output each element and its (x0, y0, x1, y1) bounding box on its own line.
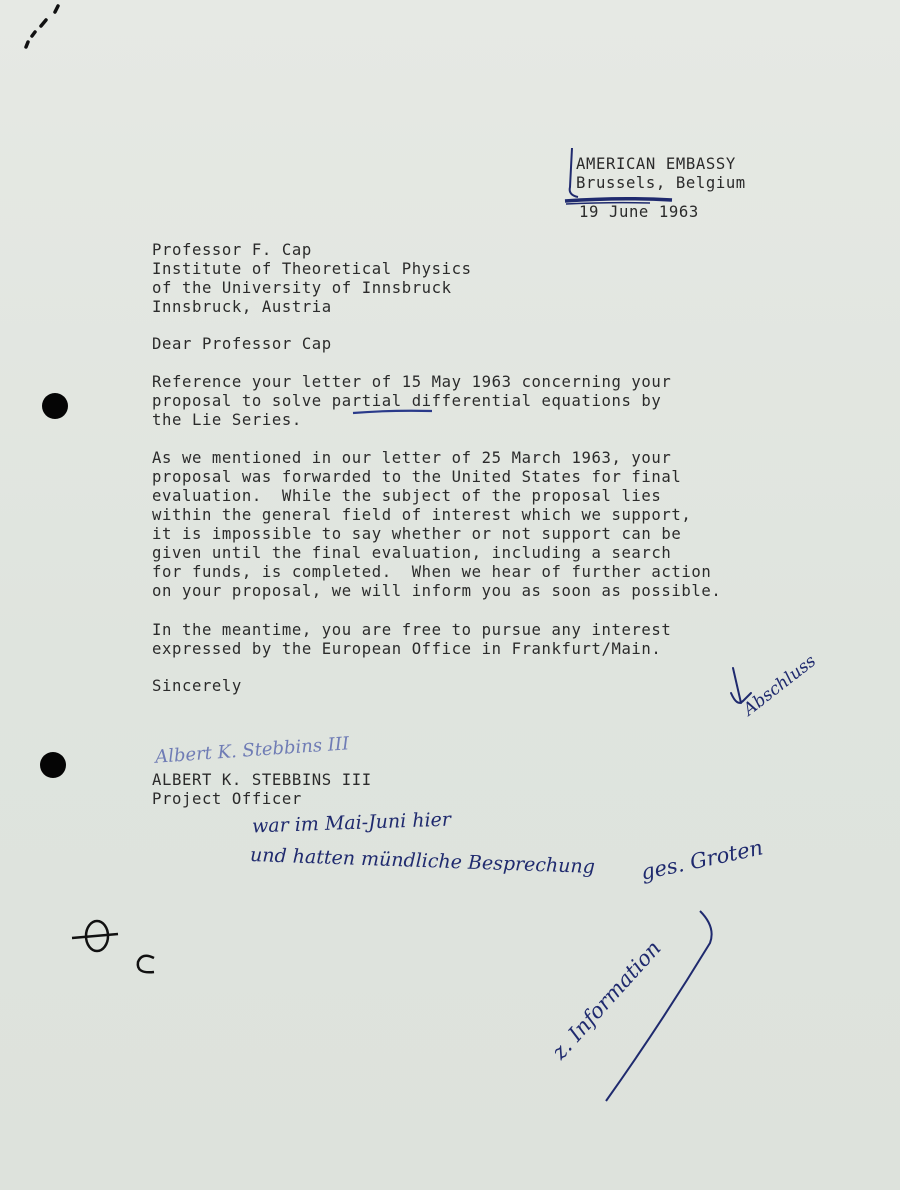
closing: Sincerely (152, 677, 242, 696)
paragraph-line: proposal was forwarded to the United Sta… (152, 468, 681, 487)
paragraph-line: Reference your letter of 15 May 1963 con… (152, 373, 671, 392)
filing-bracket-mark (600, 905, 730, 1105)
paragraph-line: As we mentioned in our letter of 25 Marc… (152, 449, 671, 468)
signer-title: Project Officer (152, 790, 302, 809)
paragraph-line: evaluation. While the subject of the pro… (152, 487, 661, 506)
paragraph-line: within the general field of interest whi… (152, 506, 691, 525)
initials-note: ges. Groten (639, 835, 765, 884)
signer-name: ALBERT K. STEBBINS III (152, 771, 372, 790)
handwritten-signature: Albert K. Stebbins III (155, 733, 350, 768)
punch-hole-bottom (40, 752, 66, 778)
salutation: Dear Professor Cap (152, 335, 332, 354)
dashed-corner-mark (0, 0, 80, 60)
handwritten-note-line2: und hatten mündliche Besprechung (250, 844, 596, 878)
paragraph-line: for funds, is completed. When we hear of… (152, 563, 711, 582)
recipient-line: Innsbruck, Austria (152, 298, 332, 317)
recipient-line: of the University of Innsbruck (152, 279, 452, 298)
recipient-line: Professor F. Cap (152, 241, 312, 260)
paragraph-line: the Lie Series. (152, 411, 302, 430)
punch-hole-top (42, 393, 68, 419)
letterhead-bracket-mark (560, 145, 680, 210)
paragraph-line: it is impossible to say whether or not s… (152, 525, 681, 544)
paragraph-line: on your proposal, we will inform you as … (152, 582, 721, 601)
paragraph-line: given until the final evaluation, includ… (152, 544, 671, 563)
theta-c-mark (70, 918, 170, 978)
paragraph-line: expressed by the European Office in Fran… (152, 640, 661, 659)
paragraph-line: In the meantime, you are free to pursue … (152, 621, 671, 640)
partial-underline-mark (350, 408, 440, 418)
handwritten-note-line1: war im Mai-Juni hier (252, 809, 452, 838)
recipient-line: Institute of Theoretical Physics (152, 260, 472, 279)
